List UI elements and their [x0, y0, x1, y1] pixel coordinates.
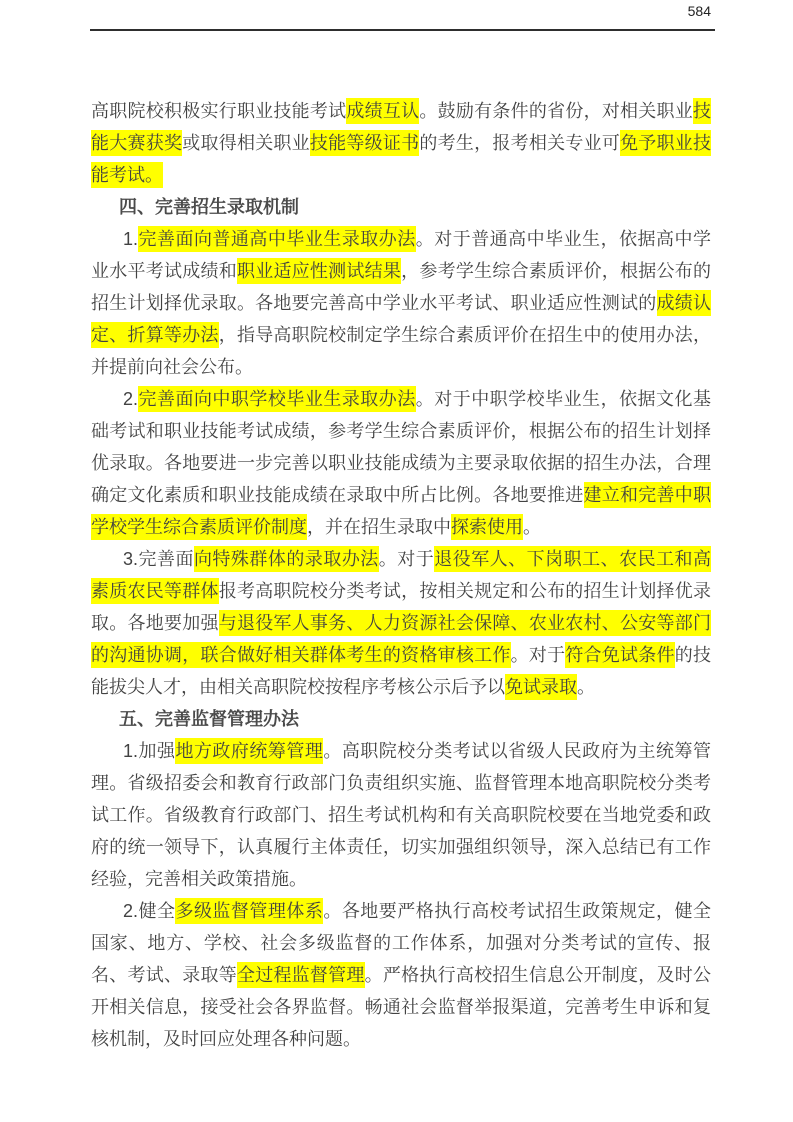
plain-text: 。对于普通高中毕业生，依据高中学	[416, 229, 711, 249]
plain-text: 能拔尖人才，由相关高职院校按程序考核公示后予以	[91, 677, 505, 697]
plain-text: 优录取。各地要进一步完善以职业技能成绩为主要录取依据的招生办法，合理	[91, 453, 711, 473]
plain-text: 。对于	[379, 549, 434, 569]
highlighted-text: 素质农民等群体	[91, 578, 219, 604]
text-line: 开相关信息，接受社会各界监督。畅通社会监督举报渠道，完善考生申诉和复	[91, 991, 711, 1023]
plain-text: 或取得相关职业	[182, 133, 310, 153]
text-line: 取。各地要加强与退役军人事务、人力资源社会保障、农业农村、公安等部门	[91, 607, 711, 639]
text-line: 确定文化素质和职业技能成绩在录取中所占比例。各地要推进建立和完善中职	[91, 479, 711, 511]
plain-text: 的考生，报考相关专业可	[419, 133, 620, 153]
highlighted-text: 成绩互认	[346, 98, 419, 124]
plain-text: ，参考学生综合素质评价，根据公布的	[401, 261, 711, 281]
plain-text: 。各地要严格执行高校考试招生政策规定，健全	[323, 901, 711, 921]
text-line: 的沟通协调，联合做好相关群体考生的资格审核工作。对于符合免试条件的技	[91, 639, 711, 671]
plain-text: 确定文化素质和职业技能成绩在录取中所占比例。各地要推进	[91, 485, 584, 505]
plain-text: 取。各地要加强	[91, 613, 219, 633]
highlighted-text: 能考试。	[91, 162, 163, 188]
highlighted-text: 能大赛获奖	[91, 130, 182, 156]
text-line: 核机制，及时回应处理各种问题。	[91, 1023, 711, 1055]
highlighted-text: 技	[693, 98, 711, 124]
plain-text: 。鼓励有条件的省份，对相关职业	[419, 101, 693, 121]
plain-text: ，指导高职院校制定学生综合素质评价在招生中的使用办法，	[219, 325, 711, 345]
plain-text: 。	[577, 677, 595, 697]
plain-text: 理。省级招委会和教育行政部门负责组织实施、监督管理本地高职院校分类考	[91, 773, 711, 793]
plain-text: 。严格执行高校招生信息公开制度，及时公	[365, 965, 711, 985]
header-rule	[90, 29, 715, 31]
highlighted-text: 建立和完善中职	[584, 482, 711, 508]
plain-text: 府的统一领导下，认真履行主体责任，切实加强组织领导，深入总结已有工作	[91, 837, 711, 857]
text-line: 素质农民等群体报考高职院校分类考试，按相关规定和公布的招生计划择优录	[91, 575, 711, 607]
highlighted-text: 定、折算等办法	[91, 322, 219, 348]
highlighted-text: 多级监督管理体系	[175, 898, 323, 924]
highlighted-text: 免予职业技	[620, 130, 711, 156]
highlighted-text: 向特殊群体的录取办法	[194, 546, 379, 572]
plain-text: 核机制，及时回应处理各种问题。	[91, 1029, 361, 1049]
paragraph-first-line: 1.加强地方政府统筹管理。高职院校分类考试以省级人民政府为主统筹管	[91, 735, 711, 767]
paragraph-first-line: 2.健全多级监督管理体系。各地要严格执行高校考试招生政策规定，健全	[91, 895, 711, 927]
highlighted-text: 与退役军人事务、人力资源社会保障、农业农村、公安等部门	[219, 610, 711, 636]
text-line: 高职院校积极实行职业技能考试成绩互认。鼓励有条件的省份，对相关职业技	[91, 95, 711, 127]
text-line: 础考试和职业技能考试成绩，参考学生综合素质评价，根据公布的招生计划择	[91, 415, 711, 447]
section-heading: 四、完善招生录取机制	[91, 191, 711, 223]
highlighted-text: 学校学生综合素质评价制度	[91, 514, 307, 540]
plain-text: 2.健全	[123, 901, 175, 921]
text-line: 试工作。省级教育行政部门、招生考试机构和有关高职院校要在当地党委和政	[91, 799, 711, 831]
text-line: 经验，完善相关政策措施。	[91, 863, 711, 895]
document-page: 584 高职院校积极实行职业技能考试成绩互认。鼓励有条件的省份，对相关职业技能大…	[0, 0, 793, 1122]
text-line: 能拔尖人才，由相关高职院校按程序考核公示后予以免试录取。	[91, 671, 711, 703]
highlighted-text: 符合免试条件	[565, 642, 674, 668]
plain-text: 的技	[675, 645, 711, 665]
plain-text: 础考试和职业技能考试成绩，参考学生综合素质评价，根据公布的招生计划择	[91, 421, 711, 441]
paragraph-first-line: 3.完善面向特殊群体的录取办法。对于退役军人、下岗职工、农民工和高	[91, 543, 711, 575]
plain-text: 3.完善面	[123, 549, 194, 569]
highlighted-text: 完善面向中职学校毕业生录取办法	[138, 386, 416, 412]
plain-text: 。对于中职学校毕业生，依据文化基	[416, 389, 711, 409]
plain-text: 2.	[123, 389, 138, 409]
text-line: 理。省级招委会和教育行政部门负责组织实施、监督管理本地高职院校分类考	[91, 767, 711, 799]
highlighted-text: 探索使用	[451, 514, 523, 540]
paragraph-first-line: 1.完善面向普通高中毕业生录取办法。对于普通高中毕业生，依据高中学	[91, 223, 711, 255]
text-line: 业水平考试成绩和职业适应性测试结果，参考学生综合素质评价，根据公布的	[91, 255, 711, 287]
highlighted-text: 成绩认	[657, 290, 712, 316]
plain-text: 并提前向社会公布。	[91, 357, 253, 377]
text-line: 能考试。	[91, 159, 711, 191]
highlighted-text: 地方政府统筹管理	[175, 738, 323, 764]
plain-text: 经验，完善相关政策措施。	[91, 869, 307, 889]
document-body: 高职院校积极实行职业技能考试成绩互认。鼓励有条件的省份，对相关职业技能大赛获奖或…	[91, 95, 711, 1055]
plain-text: 。高职院校分类考试以省级人民政府为主统筹管	[323, 741, 711, 761]
text-line: 府的统一领导下，认真履行主体责任，切实加强组织领导，深入总结已有工作	[91, 831, 711, 863]
plain-text: 五、完善监督管理办法	[119, 709, 299, 729]
text-line: 学校学生综合素质评价制度，并在招生录取中探索使用。	[91, 511, 711, 543]
highlighted-text: 完善面向普通高中毕业生录取办法	[138, 226, 416, 252]
plain-text: 高职院校积极实行职业技能考试	[91, 101, 346, 121]
plain-text: 试工作。省级教育行政部门、招生考试机构和有关高职院校要在当地党委和政	[91, 805, 711, 825]
plain-text: 业水平考试成绩和	[91, 261, 237, 281]
highlighted-text: 职业适应性测试结果	[237, 258, 401, 284]
section-heading: 五、完善监督管理办法	[91, 703, 711, 735]
plain-text: 名、考试、录取等	[91, 965, 237, 985]
plain-text: 四、完善招生录取机制	[119, 197, 299, 217]
text-line: 优录取。各地要进一步完善以职业技能成绩为主要录取依据的招生办法，合理	[91, 447, 711, 479]
plain-text: 。对于	[511, 645, 566, 665]
highlighted-text: 全过程监督管理	[237, 962, 365, 988]
plain-text: 招生计划择优录取。各地要完善高中学业水平考试、职业适应性测试的	[91, 293, 657, 313]
highlighted-text: 退役军人、下岗职工、农民工和高	[434, 546, 711, 572]
plain-text: 报考高职院校分类考试，按相关规定和公布的招生计划择优录	[219, 581, 711, 601]
text-line: 定、折算等办法，指导高职院校制定学生综合素质评价在招生中的使用办法，	[91, 319, 711, 351]
page-number: 584	[688, 1, 711, 21]
plain-text: 开相关信息，接受社会各界监督。畅通社会监督举报渠道，完善考生申诉和复	[91, 997, 711, 1017]
plain-text: 。	[523, 517, 541, 537]
text-line: 名、考试、录取等全过程监督管理。严格执行高校招生信息公开制度，及时公	[91, 959, 711, 991]
text-line: 能大赛获奖或取得相关职业技能等级证书的考生，报考相关专业可免予职业技	[91, 127, 711, 159]
plain-text: 1.加强	[123, 741, 175, 761]
paragraph-first-line: 2.完善面向中职学校毕业生录取办法。对于中职学校毕业生，依据文化基	[91, 383, 711, 415]
text-line: 并提前向社会公布。	[91, 351, 711, 383]
text-line: 国家、地方、学校、社会多级监督的工作体系，加强对分类考试的宣传、报	[91, 927, 711, 959]
plain-text: 1.	[123, 229, 138, 249]
plain-text: ，并在招生录取中	[307, 517, 451, 537]
plain-text: 国家、地方、学校、社会多级监督的工作体系，加强对分类考试的宣传、报	[91, 933, 711, 953]
text-line: 招生计划择优录取。各地要完善高中学业水平考试、职业适应性测试的成绩认	[91, 287, 711, 319]
highlighted-text: 技能等级证书	[310, 130, 419, 156]
highlighted-text: 免试录取	[505, 674, 577, 700]
highlighted-text: 的沟通协调，联合做好相关群体考生的资格审核工作	[91, 642, 511, 668]
